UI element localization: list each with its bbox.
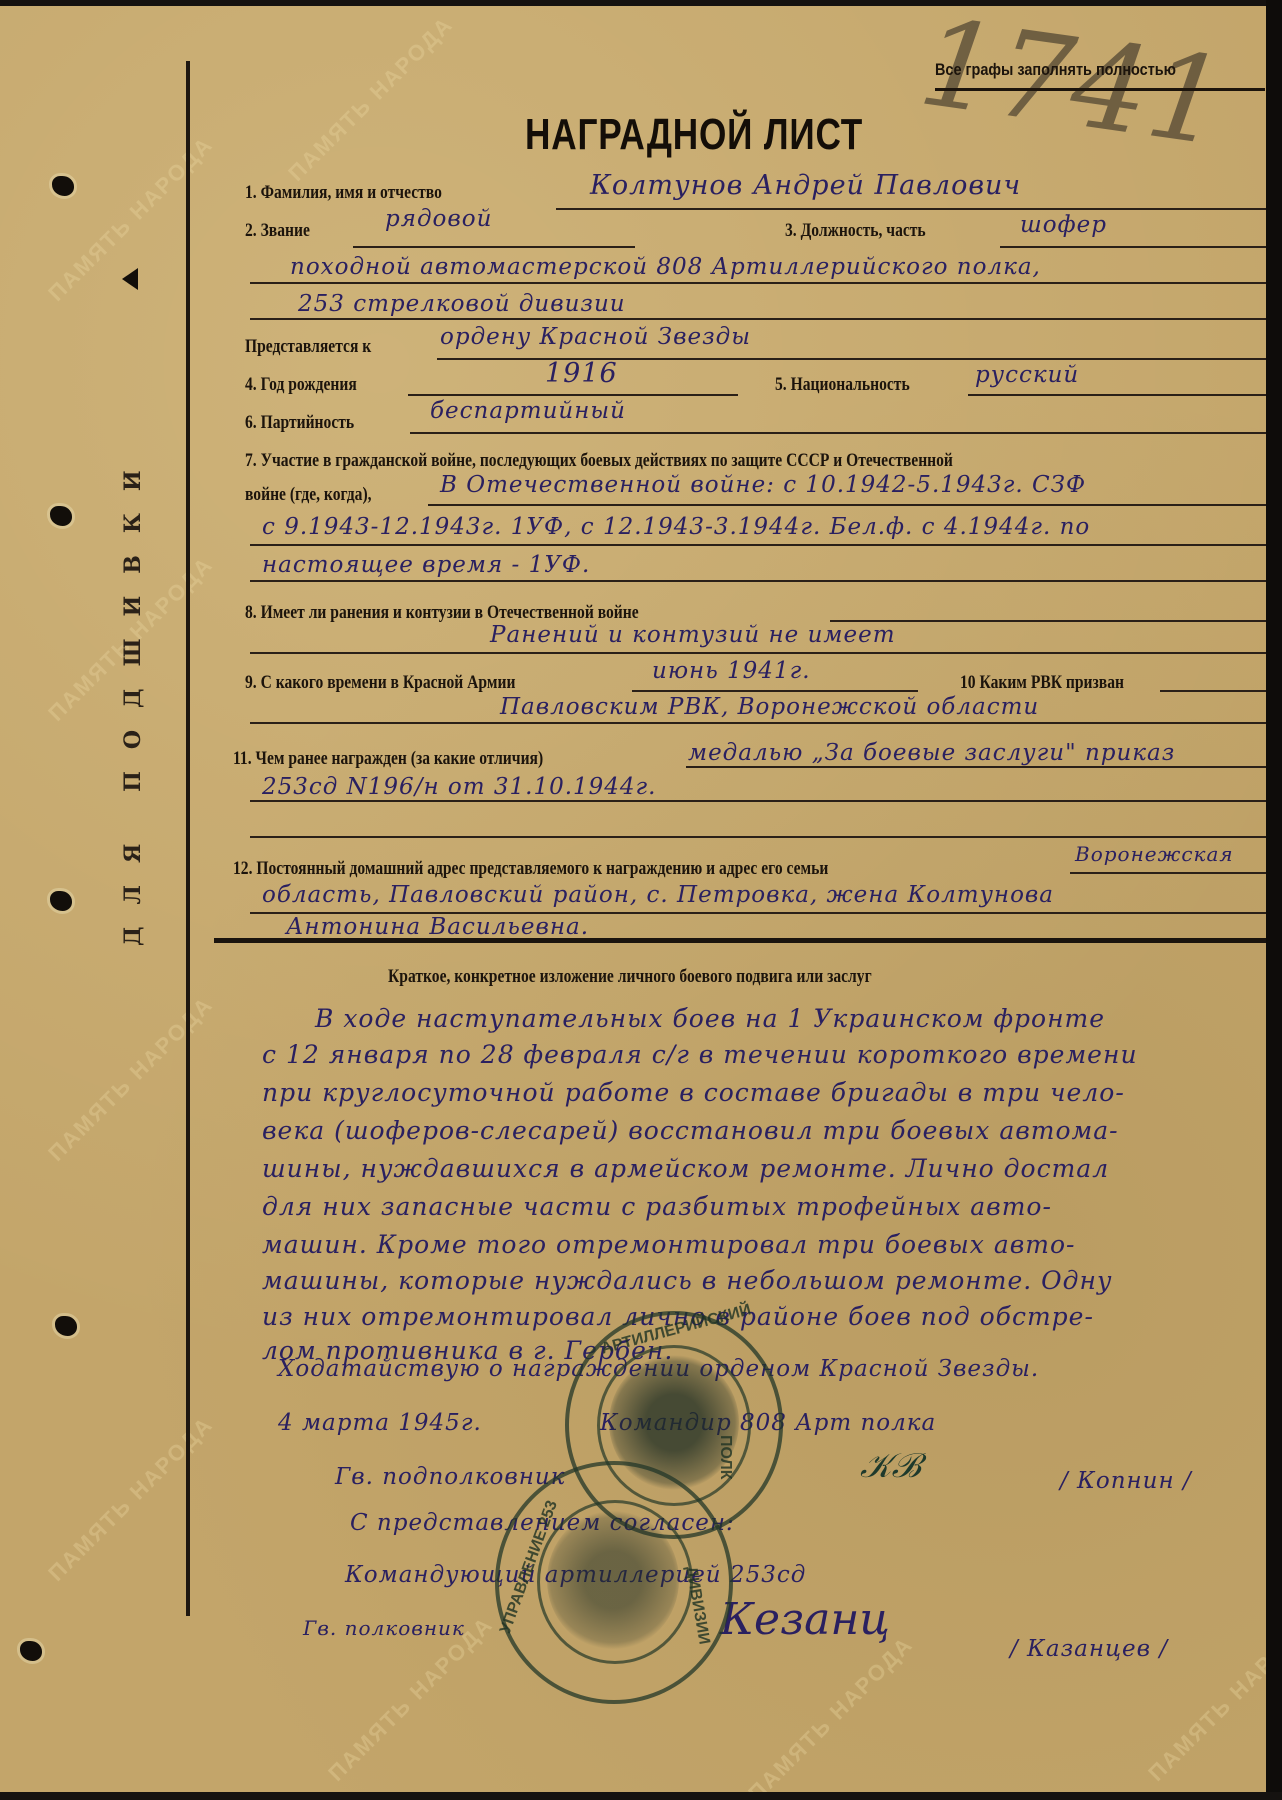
- narrative-line: шины, нуждавшихся в армейском ремонте. Л…: [262, 1154, 1109, 1183]
- narrative-line: В ходе наступательных боев на 1 Украинск…: [315, 1004, 1105, 1033]
- narrative-line: машин. Кроме того отремонтировал три бое…: [262, 1230, 1076, 1259]
- award-sheet-page: ПАМЯТЬ НАРОДА ПАМЯТЬ НАРОДА ПАМЯТЬ НАРОД…: [0, 6, 1266, 1792]
- field-12-label: 12. Постоянный домашний адрес представля…: [233, 858, 828, 880]
- field-9-value: июнь 1941г.: [652, 658, 811, 684]
- field-11-label: 11. Чем ранее награжден (за какие отличи…: [233, 748, 543, 770]
- field-1-line: [556, 208, 1266, 210]
- field-11-line3: [250, 836, 1266, 838]
- field-3-value: шофер: [1020, 212, 1107, 238]
- field-2-line: [353, 246, 635, 248]
- field-8-line2: [250, 652, 1266, 654]
- submission-date: 4 марта 1945г.: [278, 1410, 482, 1436]
- field-11-line: [686, 766, 1266, 768]
- narrative-line: с 12 января по 28 февраля с/г в течении …: [262, 1040, 1138, 1069]
- narrative-heading: Краткое, конкретное изложение личного бо…: [388, 966, 872, 988]
- field-11-value-line2: 253сд N196/н от 31.10.1944г.: [262, 774, 657, 800]
- field-2-label: 2. Звание: [245, 220, 310, 242]
- award-value: ордену Красной Звезды: [440, 324, 751, 350]
- binding-margin-label: ДЛЯ ПОДШИВКИ: [120, 448, 146, 946]
- field-7-value-line3: настоящее время - 1УФ.: [262, 552, 590, 578]
- field-3-value-line2: походной автомастерской 808 Артиллерийск…: [290, 254, 1041, 280]
- punch-hole: [55, 1316, 77, 1336]
- field-7-value-line2: с 9.1943-12.1943г. 1УФ, с 12.1943-3.1944…: [262, 514, 1090, 540]
- field-6-value: беспартийный: [430, 398, 626, 424]
- field-6-label: 6. Партийность: [245, 412, 354, 434]
- header-note: Все графы заполнять полностью: [935, 60, 1176, 80]
- approver-signature: Кезанц: [720, 1594, 890, 1645]
- field-1-label: 1. Фамилия, имя и отчество: [245, 182, 442, 204]
- field-12-line: [1070, 872, 1266, 874]
- award-label: Представляется к: [245, 336, 371, 358]
- field-5-label: 5. Национальность: [775, 374, 910, 396]
- field-7-line2: [250, 544, 1266, 546]
- field-4-line: [408, 394, 738, 396]
- field-7-line: [428, 504, 1266, 506]
- punch-hole: [20, 1641, 42, 1661]
- commander-name: / Копнин /: [1060, 1468, 1192, 1494]
- field-10-line: [1160, 690, 1266, 692]
- field-12-value-line3: Антонина Васильевна.: [286, 914, 589, 940]
- narrative-line: при круглосуточной работе в составе бриг…: [262, 1078, 1125, 1107]
- field-12-value: Воронежская: [1075, 842, 1234, 866]
- scan-border-top: [0, 0, 1282, 6]
- field-10-label: 10 Каким РВК призван: [960, 672, 1124, 694]
- field-11-value: медалью „За боевые заслуги" приказ: [688, 740, 1175, 766]
- approver-name: / Казанцев /: [1010, 1636, 1168, 1662]
- field-9-line: [632, 690, 918, 692]
- field-8-label: 8. Имеет ли ранения и контузии в Отечест…: [245, 602, 639, 624]
- field-7-label: 7. Участие в гражданской войне, последую…: [245, 450, 953, 472]
- field-3-line: [1000, 246, 1266, 248]
- field-9-label: 9. С какого времени в Красной Армии: [245, 672, 515, 694]
- binding-margin-rule: [186, 61, 190, 1616]
- division-stamp: УПРАВЛЕНИЕ 253 ДИВИЗИИ: [495, 1461, 733, 1704]
- field-1-value: Колтунов Андрей Павлович: [590, 170, 1021, 201]
- punch-hole: [52, 176, 74, 196]
- scan-border-right: [1266, 0, 1282, 1800]
- field-3-label: 3. Должность, часть: [785, 220, 926, 242]
- field-4-value: 1916: [545, 358, 618, 389]
- narrative-line: для них запасные части с разбитых трофей…: [262, 1192, 1052, 1221]
- regiment-stamp-side: ПОЛК: [716, 1435, 734, 1480]
- punch-hole: [50, 506, 72, 526]
- field-4-label: 4. Год рождения: [245, 374, 357, 396]
- field-3-line3: [250, 318, 1266, 320]
- section-divider: [214, 938, 1266, 943]
- watermark: ПАМЯТЬ НАРОДА: [743, 1631, 918, 1800]
- field-3-value-line3: 253 стрелковой дивизии: [298, 291, 626, 317]
- commander-rank: Гв. подполковник: [335, 1464, 565, 1490]
- field-10-value: Павловским РВК, Воронежской области: [500, 694, 1039, 720]
- commander-signature: 𝒦ℬ: [860, 1446, 920, 1486]
- punch-hole: [122, 268, 138, 290]
- field-7-label-line2: войне (где, когда),: [245, 484, 372, 506]
- field-5-value: русский: [975, 362, 1079, 388]
- document-title: НАГРАДНОЙ ЛИСТ: [525, 110, 863, 160]
- watermark: ПАМЯТЬ НАРОДА: [43, 1411, 218, 1586]
- field-10-line2: [250, 722, 1266, 724]
- field-8-value: Ранений и контузий не имеет: [490, 622, 896, 648]
- watermark: ПАМЯТЬ НАРОДА: [283, 11, 458, 186]
- field-7-value: В Отечественной войне: с 10.1942-5.1943г…: [440, 472, 1086, 498]
- header-note-underline: [935, 88, 1265, 91]
- field-5-line: [968, 394, 1266, 396]
- watermark: ПАМЯТЬ НАРОДА: [43, 991, 218, 1166]
- field-3-line2: [250, 282, 1266, 284]
- narrative-line: века (шоферов-слесарей) восстановил три …: [262, 1116, 1119, 1145]
- approver-rank: Гв. полковник: [303, 1616, 465, 1640]
- field-11-line2: [250, 800, 1266, 802]
- field-2-value: рядовой: [385, 206, 492, 232]
- archive-number: 1741: [912, 0, 1234, 174]
- punch-hole: [50, 891, 72, 911]
- scan-border-bottom: [0, 1792, 1282, 1800]
- field-7-line3: [250, 580, 1266, 582]
- field-12-value-line2: область, Павловский район, с. Петровка, …: [262, 882, 1054, 908]
- narrative-line: машины, которые нуждались в небольшом ре…: [262, 1266, 1112, 1295]
- field-6-line: [410, 432, 1266, 434]
